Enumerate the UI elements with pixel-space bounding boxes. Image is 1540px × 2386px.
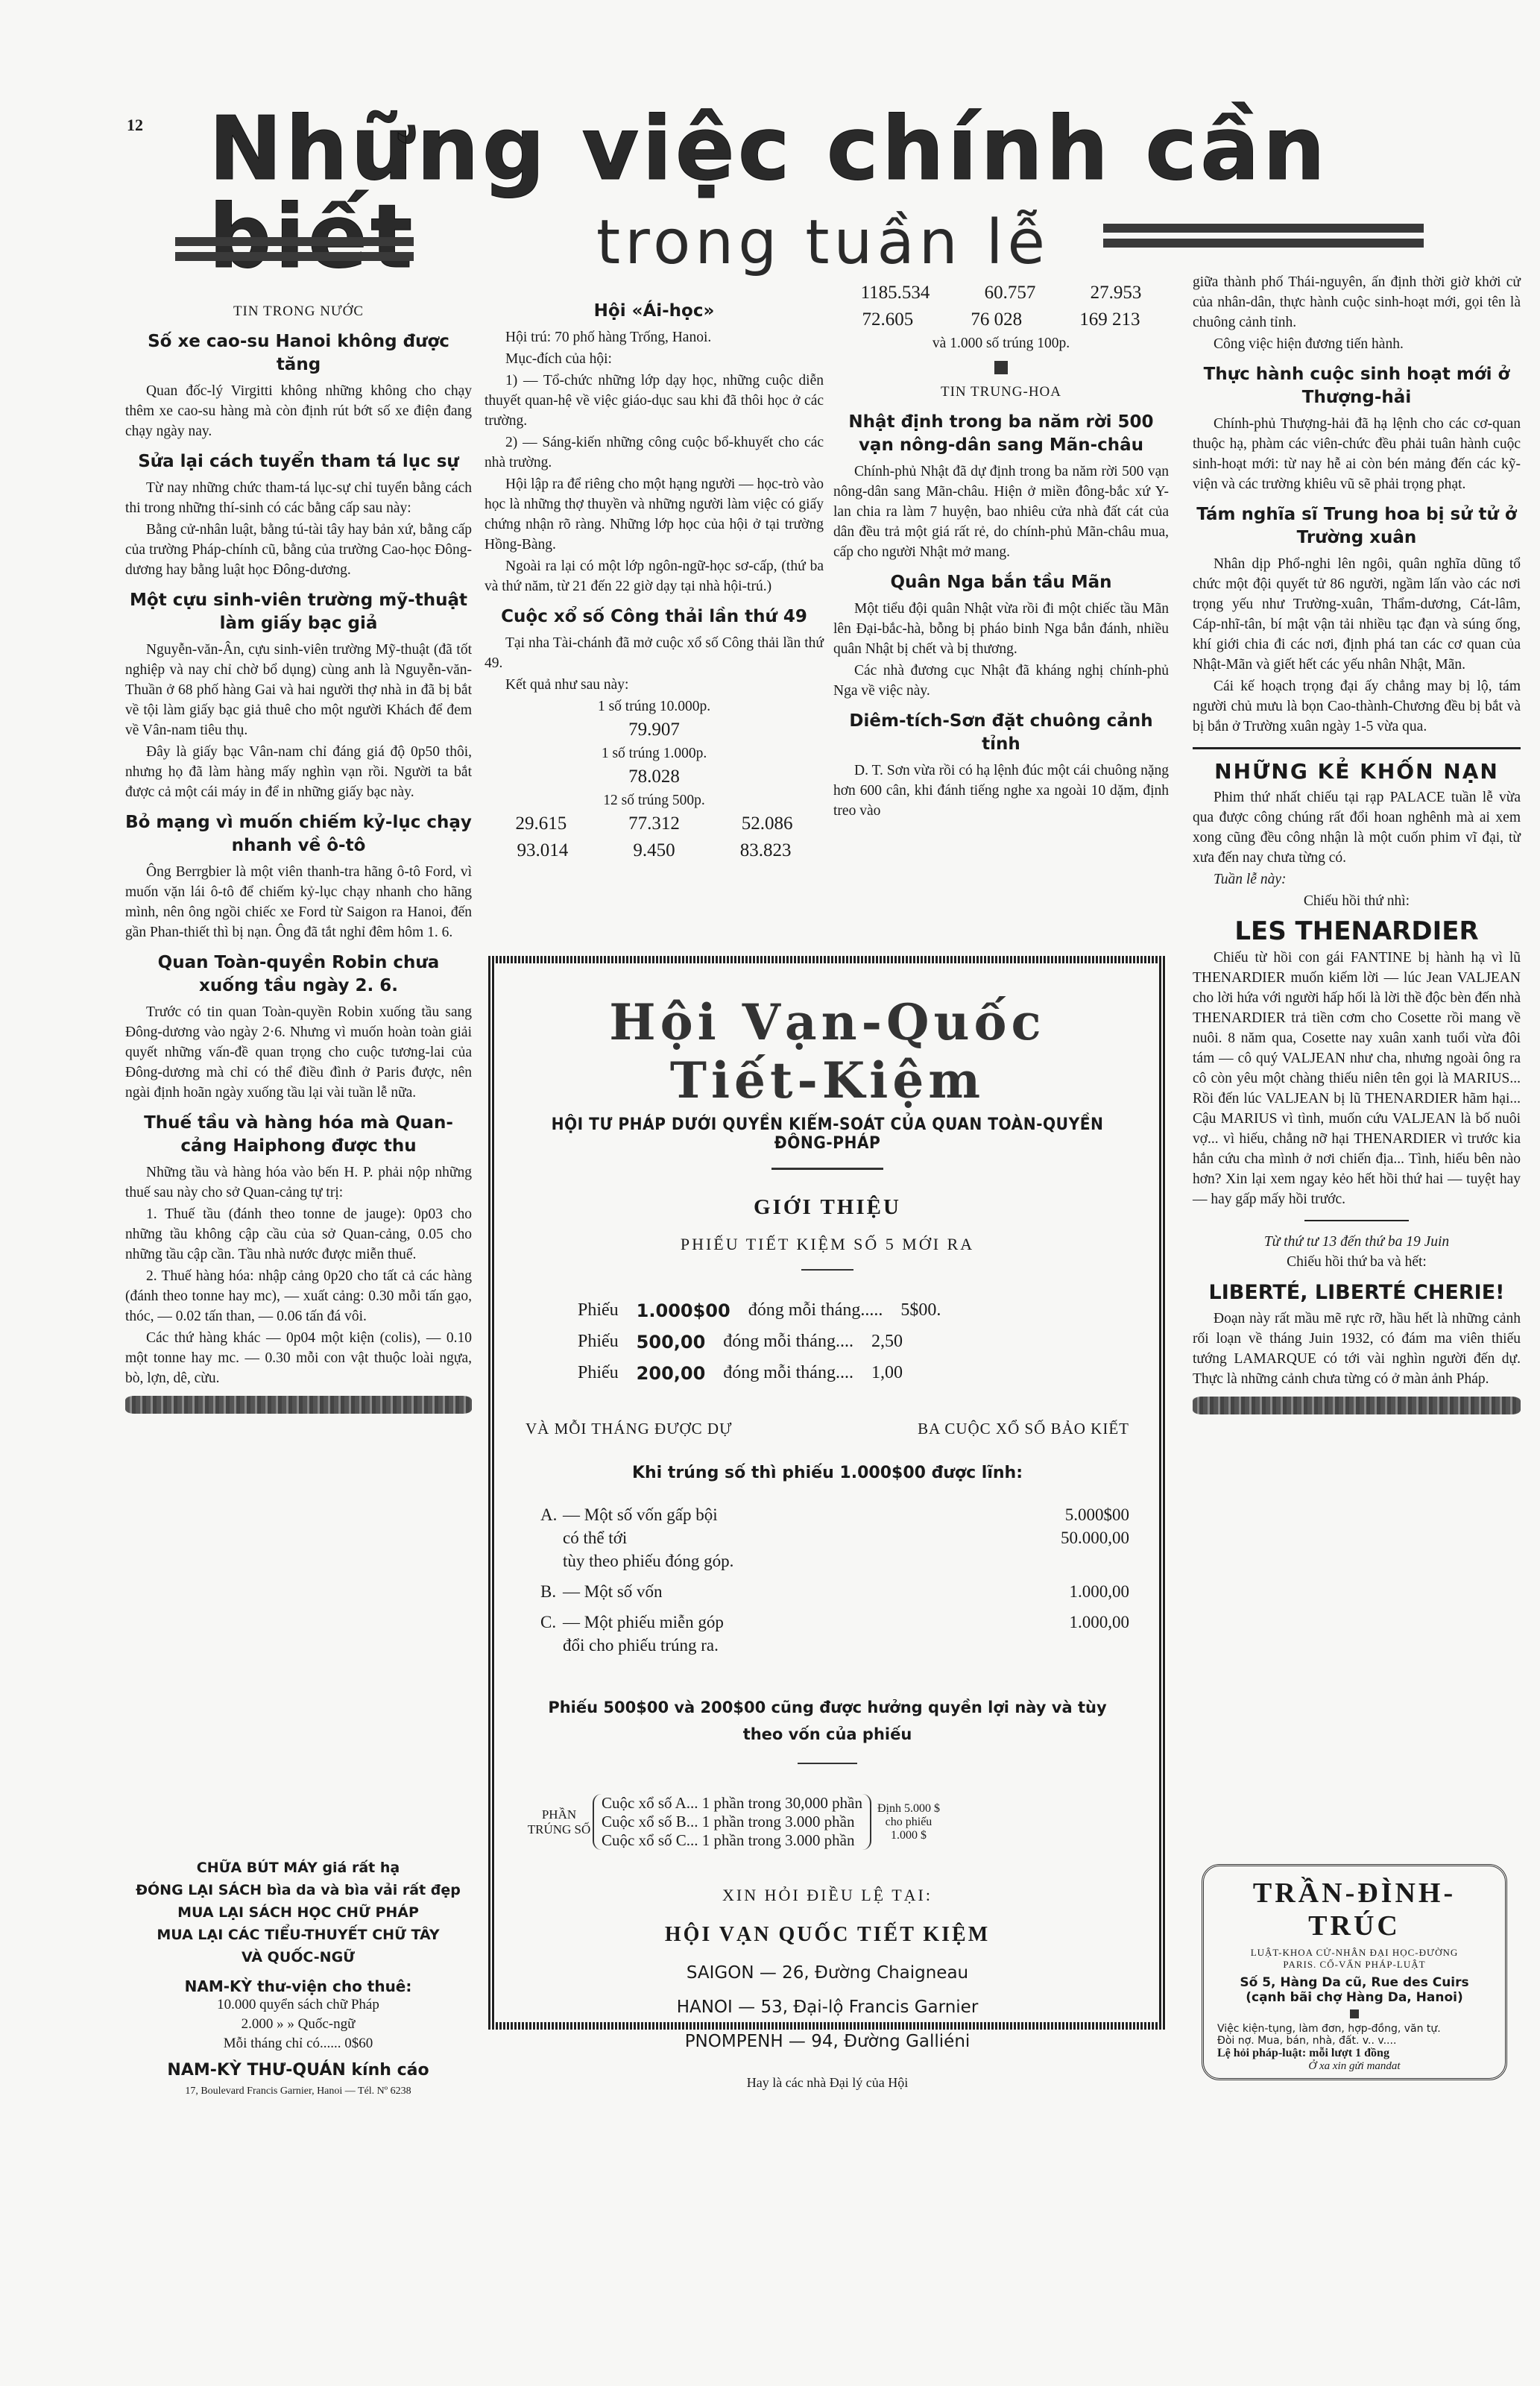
lottery-tail: và 1.000 số trúng 100p. [833, 333, 1169, 353]
ad-subtitle: HỘI TƯ PHÁP DƯỚI QUYỀN KIỂM-SOÁT CỦA QUA… [549, 1115, 1105, 1153]
lawyer-remote: Ở xa xin gửi mandat [1217, 2060, 1492, 2073]
office-address: SAIGON — 26, Đường Chaigneau [526, 1956, 1129, 1990]
bullet-icon [994, 361, 1008, 374]
prize-text: — Một số vốn gấp bội [563, 1503, 980, 1526]
lawyer-fee: Lệ hỏi pháp-luật: mỗi lượt 1 đồng [1217, 2047, 1492, 2060]
lawyer-address2: (cạnh bãi chợ Hàng Da, Hanoi) [1217, 1990, 1492, 2005]
masthead-rule-left [175, 237, 414, 267]
winning-number: 76 028 [971, 306, 1022, 333]
plan-amount: 500,00 [637, 1332, 706, 1353]
prize-row: tùy theo phiếu đóng góp. [540, 1549, 1129, 1573]
prize-label: 12 số trúng 500p. [485, 790, 824, 810]
prize-row: đổi cho phiếu trúng ra. [540, 1634, 1129, 1657]
bookstore-signature: NAM-KỲ THƯ-QUÁN kính cáo [134, 2061, 462, 2080]
article-paragraph: Bằng cử-nhân luật, bằng tú-tài tây hay b… [125, 520, 472, 580]
ad-product: PHIẾU TIẾT KIỆM SỐ 5 MỚI RA [526, 1235, 1129, 1254]
winning-number: 27.953 [1091, 280, 1142, 306]
winning-number: 29.615 [515, 810, 567, 837]
ad-org: HỘI VẠN QUỐC TIẾT KIỆM [526, 1923, 1129, 1947]
prize-row: có thể tới50.000,00 [540, 1526, 1129, 1549]
prize-letter: C. [540, 1611, 563, 1634]
article-paragraph: giữa thành phố Thái-nguyên, ấn định thời… [1193, 272, 1521, 333]
bookstore-ad-line: VÀ QUỐC-NGỮ [134, 1946, 462, 1968]
episode-label: Chiếu hồi thứ ba và hết: [1193, 1252, 1521, 1272]
ornament-divider [771, 1168, 883, 1170]
winning-number: 72.605 [862, 306, 914, 333]
prize-row: A.— Một số vốn gấp bội5.000$00 [540, 1503, 1129, 1526]
article-paragraph: Đây là giấy bạc Vân-nam chỉ đáng giá độ … [125, 742, 472, 802]
column-china-film: giữa thành phố Thái-nguyên, ấn định thời… [1193, 272, 1521, 1422]
plan-monthly: 2,50 [871, 1332, 903, 1353]
spacer [526, 1573, 1129, 1580]
ad-agents: Hay là các nhà Đại lý của Hội [526, 2075, 1129, 2091]
winning-numbers-row: 93.0149.45083.823 [485, 837, 824, 864]
masthead-rule-right [1103, 224, 1424, 254]
prize-row: B.— Một số vốn1.000,00 [540, 1580, 1129, 1603]
lottery-label: PHẦN TRÚNG SỐ [526, 1807, 593, 1837]
episode-title: LIBERTÉ, LIBERTÉ CHERIE! [1193, 1281, 1521, 1304]
prize-letter: B. [540, 1580, 563, 1603]
article-paragraph: Hội trú: 70 phố hàng Trống, Hanoi. [485, 327, 824, 347]
library-line: 10.000 quyển sách chữ Pháp [134, 1995, 462, 2015]
spacer [526, 1657, 1129, 1664]
winning-number: 78.028 [485, 764, 824, 790]
lawyer-title2: PARIS. CỐ-VẤN PHÁP-LUẬT [1217, 1959, 1492, 1971]
plan-text: đóng mỗi tháng..... [748, 1300, 883, 1321]
library-line: Mỗi tháng chỉ có...... 0$60 [134, 2034, 462, 2053]
article-paragraph: Mục-đích của hội: [485, 349, 824, 369]
article-paragraph: 1) — Tổ-chức những lớp dạy học, những cu… [485, 371, 824, 431]
lawyer-ad: TRẦN-ĐÌNH-TRÚC LUẬT-KHOA CỬ-NHÂN ĐẠI HỌC… [1202, 1864, 1507, 2080]
this-week-label: Tuần lễ này: [1193, 869, 1521, 890]
bookstore-ad-line: CHỮA BÚT MÁY giá rất hạ [134, 1857, 462, 1879]
prize-text: tùy theo phiếu đóng góp. [563, 1549, 980, 1573]
article-headline: Thuế tầu và hàng hóa mà Quan-cảng Haipho… [125, 1112, 472, 1158]
prize-text: — Một phiếu miễn góp [563, 1611, 980, 1634]
article-paragraph: Ông Berrgbier là một viên thanh-tra hãng… [125, 862, 472, 942]
winning-number: 77.312 [628, 810, 680, 837]
article-paragraph: Trước có tin quan Toàn-quyền Robin xuống… [125, 1002, 472, 1103]
article-paragraph: 2. Thuế hàng hóa: nhập cảng 0p20 cho tất… [125, 1266, 472, 1326]
ornament-divider [801, 1269, 853, 1271]
plan-row: Phiếu500,00đóng mỗi tháng....2,50 [578, 1332, 1129, 1353]
lottery-side-top: Định 5.000 $ [871, 1802, 946, 1816]
winning-number: 9.450 [633, 837, 675, 864]
section-label: TIN TRONG NƯỚC [125, 301, 472, 321]
prize-value: 1.000,00 [980, 1580, 1129, 1603]
bookstore-address: 17, Boulevard Francis Garnier, Hanoi — T… [134, 2086, 462, 2097]
article-paragraph: Tại nha Tài-chánh đã mở cuộc xổ số Công … [485, 633, 824, 673]
lawyer-services2: Đòi nợ. Mua, bán, nhà, đất. v.. v.... [1217, 2035, 1492, 2047]
savings-society-ad: Hội Vạn-Quốc Tiết-Kiệm HỘI TƯ PHÁP DƯỚI … [488, 956, 1167, 2030]
column-domestic-news: TIN TRONG NƯỚC Số xe cao-su Hanoi không … [125, 297, 472, 1421]
article-paragraph: Các thứ hàng khác — 0p04 một kiện (colis… [125, 1328, 472, 1388]
winning-numbers-row: 29.61577.31252.086 [485, 810, 824, 837]
prize-letter [540, 1549, 563, 1573]
plan-label: Phiếu [578, 1300, 619, 1321]
article-paragraph: Chính-phủ Nhật đã dự định trong ba năm r… [833, 462, 1169, 562]
article-paragraph: Ngoài ra lại có một lớp ngôn-ngữ-học sơ-… [485, 556, 824, 596]
article-headline: Số xe cao-su Hanoi không được tăng [125, 330, 472, 377]
lottery-line: Cuộc xổ số B... 1 phần trong 3.000 phần [602, 1813, 862, 1831]
prize-text: đổi cho phiếu trúng ra. [563, 1634, 980, 1657]
prize-value: 50.000,00 [980, 1526, 1129, 1549]
film-intro: Phim thứ nhất chiếu tại rạp PALACE tuần … [1193, 787, 1521, 868]
article-paragraph: 1. Thuế tầu (đánh theo tonne de jauge): … [125, 1204, 472, 1265]
article-headline: Quan Toàn-quyền Robin chưa xuống tầu ngà… [125, 951, 472, 998]
article-paragraph: Cái kế hoạch trọng đại ấy chẳng may bị l… [1193, 676, 1521, 737]
article-paragraph: Hội lập ra để riêng cho một hạng người —… [485, 474, 824, 555]
article-paragraph: 2) — Sáng-kiến những công cuộc bổ-khuyết… [485, 432, 824, 473]
divider [1193, 1397, 1521, 1414]
column-assoc-lottery: Hội «Ái-học»Hội trú: 70 phố hàng Trống, … [485, 291, 824, 864]
prize-value: 5.000$00 [980, 1503, 1129, 1526]
ornament-divider [798, 1763, 857, 1764]
article-headline: Tám nghĩa sĩ Trung hoa bị sử tử ở Trường… [1193, 503, 1521, 550]
article-headline: Một cựu sinh-viên trường mỹ-thuật làm gi… [125, 589, 472, 635]
winning-number: 79.907 [485, 717, 824, 743]
prize-label: 1 số trúng 10.000p. [485, 696, 824, 717]
winning-number: 83.823 [740, 837, 792, 864]
article-paragraph: Chính-phủ Thượng-hải đã hạ lệnh cho các … [1193, 414, 1521, 494]
bullet-icon [1350, 2009, 1359, 2018]
prize-value [980, 1549, 1129, 1573]
article-paragraph: Công việc hiện đương tiến hành. [1193, 334, 1521, 354]
bookstore-ad: CHỮA BÚT MÁY giá rất hạĐÓNG LẠI SÁCH bìa… [134, 1857, 462, 2097]
winning-number: 169 213 [1079, 306, 1140, 333]
section-label: TIN TRUNG-HOA [833, 382, 1169, 402]
office-address: HANOI — 53, Đại-lộ Francis Garnier [526, 1990, 1129, 2024]
monthly-left: VÀ MỖI THÁNG ĐƯỢC DỰ [526, 1420, 732, 1438]
spacer [526, 1603, 1129, 1611]
prize-text: — Một số vốn [563, 1580, 980, 1603]
divider [1193, 747, 1521, 749]
article-paragraph: Nhân dịp Phổ-nghi lên ngôi, quân nghĩa d… [1193, 554, 1521, 675]
library-line: 2.000 » » Quốc-ngữ [134, 2015, 462, 2034]
ad-note: Phiếu 500$00 và 200$00 cũng được hưởng q… [526, 1694, 1129, 1748]
article-headline: Quân Nga bắn tầu Mãn [833, 571, 1169, 594]
bookstore-ad-line: ĐÓNG LẠI SÁCH bìa da và bìa vải rất đẹp [134, 1879, 462, 1901]
prize-letter: A. [540, 1503, 563, 1526]
office-address: PNOMPENH — 94, Đường Galliéni [526, 2024, 1129, 2059]
ad-inquiry: XIN HỎI ĐIỀU LỆ TẠI: [526, 1886, 1129, 1905]
episode-body: Đoạn này rất mầu mẽ rực rỡ, hầu hết là n… [1193, 1309, 1521, 1389]
lottery-side-bottom: cho phiếu 1.000 $ [871, 1816, 946, 1842]
plan-label: Phiếu [578, 1363, 619, 1384]
plan-label: Phiếu [578, 1332, 619, 1353]
article-paragraph: Các nhà đương cục Nhật đã kháng nghị chí… [833, 661, 1169, 701]
page-number: 12 [127, 116, 143, 135]
article-paragraph: Từ nay những chức tham-tá lục-sự chỉ tuy… [125, 478, 472, 518]
episode-title: LES THENARDIER [1193, 920, 1521, 943]
article-headline: Diêm-tích-Sơn đặt chuông cảnh tỉnh [833, 710, 1169, 756]
plan-monthly: 5$00. [900, 1300, 941, 1321]
prize-label: 1 số trúng 1.000p. [485, 743, 824, 764]
article-paragraph: Một tiểu đội quân Nhật vừa rồi đi một ch… [833, 599, 1169, 659]
prize-letter [540, 1526, 563, 1549]
plan-amount: 200,00 [637, 1363, 706, 1384]
bookstore-ad-line: MUA LẠI CÁC TIỂU-THUYẾT CHỮ TÂY [134, 1924, 462, 1946]
masthead-subtitle: trong tuần lễ [596, 213, 1050, 274]
film-headline: NHỮNG KẺ KHỐN NẠN [1193, 760, 1521, 783]
winning-numbers-row: 72.60576 028169 213 [833, 306, 1169, 333]
winning-number: 93.014 [517, 837, 569, 864]
column-china-news: 1185.53460.75727.95372.60576 028169 213v… [833, 280, 1169, 822]
prize-value: 1.000,00 [980, 1611, 1129, 1634]
winning-number: 1185.534 [861, 280, 930, 306]
lottery-line: Cuộc xổ số C... 1 phần trong 3.000 phần [602, 1831, 862, 1850]
lawyer-address1: Số 5, Hàng Da cũ, Rue des Cuirs [1217, 1975, 1492, 1990]
lawyer-title1: LUẬT-KHOA CỬ-NHÂN ĐẠI HỌC-ĐƯỜNG [1217, 1947, 1492, 1959]
prize-letter [540, 1634, 563, 1657]
divider [1304, 1220, 1409, 1221]
film-dates: Từ thứ tư 13 đến thứ ba 19 Juin [1193, 1232, 1521, 1252]
win-heading: Khi trúng số thì phiếu 1.000$00 được lĩn… [526, 1464, 1129, 1482]
prize-row: C.— Một phiếu miễn góp1.000,00 [540, 1611, 1129, 1634]
ad-title: Hội Vạn-Quốc Tiết-Kiệm [526, 993, 1129, 1109]
article-headline: Thực hành cuộc sinh hoạt mới ở Thượng-hả… [1193, 363, 1521, 409]
article-paragraph: Những tầu và hàng hóa vào bến H. P. phải… [125, 1162, 472, 1203]
article-headline: Sửa lại cách tuyển tham tá lục sự [125, 450, 472, 473]
plan-row: Phiếu200,00đóng mỗi tháng....1,00 [578, 1363, 1129, 1384]
plan-monthly: 1,00 [871, 1363, 903, 1384]
episode-label: Chiếu hồi thứ nhì: [1193, 891, 1521, 911]
ad-intro: GIỚI THIỆU [526, 1195, 1129, 1220]
plan-amount: 1.000$00 [637, 1300, 730, 1321]
article-headline: Cuộc xổ số Công thải lần thứ 49 [485, 605, 824, 629]
plan-row: Phiếu1.000$00đóng mỗi tháng.....5$00. [578, 1300, 1129, 1321]
lawyer-services1: Việc kiện-tụng, làm đơn, hợp-đồng, văn t… [1217, 2023, 1492, 2035]
lawyer-name: TRẦN-ĐÌNH-TRÚC [1217, 1877, 1492, 1942]
bookstore-ad-line: MUA LẠI SÁCH HỌC CHỮ PHÁP [134, 1901, 462, 1924]
article-paragraph: D. T. Sơn vừa rồi có hạ lệnh đúc một cái… [833, 761, 1169, 821]
divider [125, 1396, 472, 1414]
lottery-table: PHẦN TRÚNG SỐ Cuộc xổ số A... 1 phần tro… [526, 1794, 1129, 1850]
plan-text: đóng mỗi tháng.... [723, 1332, 853, 1353]
lottery-line: Cuộc xổ số A... 1 phần trong 30,000 phần [602, 1794, 862, 1813]
article-headline: Hội «Ái-học» [485, 300, 824, 323]
plan-text: đóng mỗi tháng.... [723, 1363, 853, 1384]
monthly-right: BA CUỘC XỔ SỐ BẢO KIẾT [918, 1420, 1129, 1438]
article-paragraph: Kết quả như sau này: [485, 675, 824, 695]
prize-value [980, 1634, 1129, 1657]
prize-text: có thể tới [563, 1526, 980, 1549]
library-title: NAM-KỲ thư-viện cho thuê: [134, 1977, 462, 1995]
winning-numbers-row: 1185.53460.75727.953 [833, 280, 1169, 306]
article-headline: Nhật định trong ba năm rời 500 vạn nông-… [833, 411, 1169, 457]
winning-number: 52.086 [742, 810, 793, 837]
article-headline: Bỏ mạng vì muốn chiếm kỷ-lục chạy nhanh … [125, 811, 472, 857]
article-paragraph: Nguyễn-văn-Ân, cựu sinh-viên trường Mỹ-t… [125, 640, 472, 740]
article-paragraph: Quan đốc-lý Virgitti không những không c… [125, 381, 472, 441]
episode-body: Chiếu từ hồi con gái FANTINE bị hành hạ … [1193, 948, 1521, 1209]
winning-number: 60.757 [985, 280, 1036, 306]
